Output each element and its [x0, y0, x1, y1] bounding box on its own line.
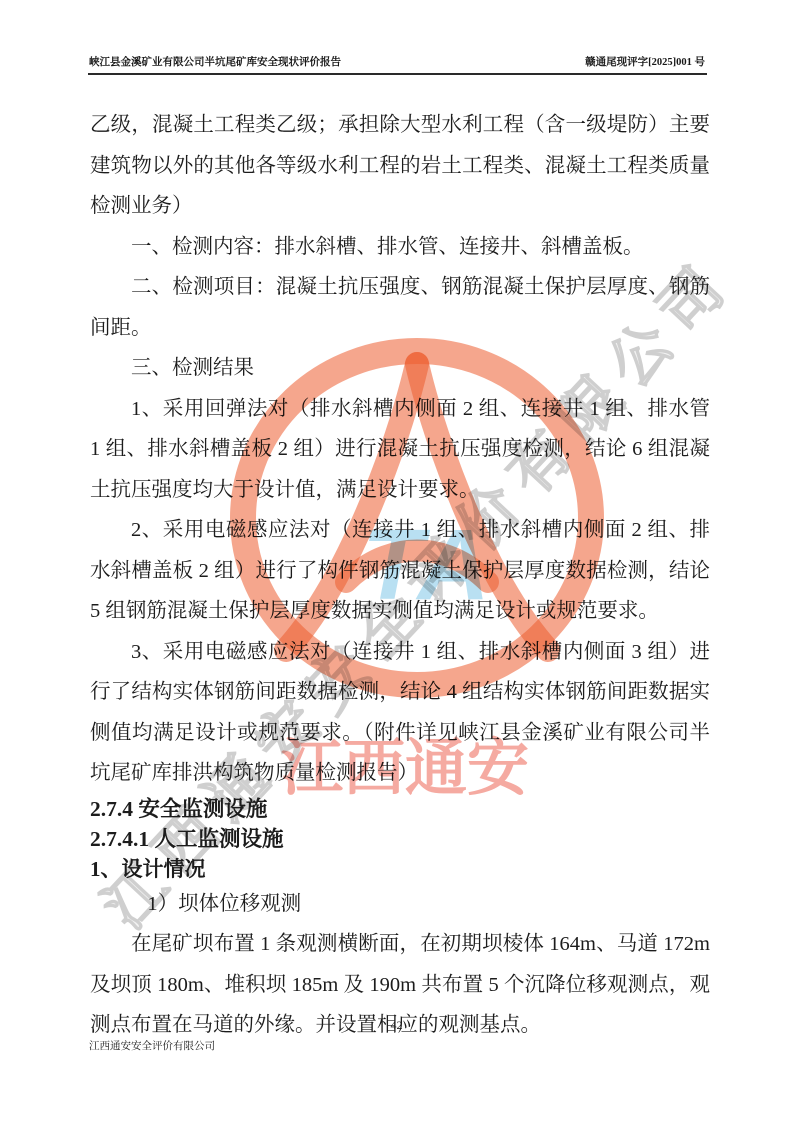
paragraph: 在尾矿坝布置 1 条观测横断面，在初期坝棱体 164m、马道 172m 及坝顶 …: [90, 924, 710, 1046]
header-divider: [88, 73, 707, 75]
paragraph: 乙级，混凝土工程类乙级；承担除大型水利工程（含一级堤防）主要建筑物以外的其他各等…: [90, 105, 710, 227]
paragraph: 3、采用电磁感应法对（连接井 1 组、排水斜槽内侧面 3 组）进行了结构实体钢筋…: [90, 632, 710, 794]
header-report-title: 峡江县金溪矿业有限公司半坑尾矿库安全现状评价报告: [89, 54, 341, 69]
document-page: 江西通安安全评价有限公司 峡江县金溪矿业有限公司半坑尾矿库安全现状评价报告 赣通…: [0, 0, 793, 1122]
section-heading-2741: 2.7.4.1 人工监测设施: [90, 824, 710, 854]
paragraph: 二、检测项目：混凝土抗压强度、钢筋混凝土保护层厚度、钢筋间距。: [90, 267, 710, 348]
document-body: 乙级，混凝土工程类乙级；承担除大型水利工程（含一级堤防）主要建筑物以外的其他各等…: [90, 105, 710, 1046]
paragraph: 1、采用回弹法对（排水斜槽内侧面 2 组、连接井 1 组、排水管 1 组、排水斜…: [90, 389, 710, 511]
paragraph: 一、检测内容：排水斜槽、排水管、连接井、斜槽盖板。: [90, 227, 710, 268]
header-doc-number: 赣通尾现评字[2025]001 号: [585, 54, 705, 69]
subsection-heading-design: 1、设计情况: [90, 854, 710, 884]
paragraph: 1）坝体位移观测: [90, 884, 710, 925]
paragraph: 三、检测结果: [90, 348, 710, 389]
paragraph: 2、采用电磁感应法对（连接井 1 组、排水斜槽内侧面 2 组、排水斜槽盖板 2 …: [90, 510, 710, 632]
section-heading-274: 2.7.4 安全监测设施: [90, 794, 710, 824]
